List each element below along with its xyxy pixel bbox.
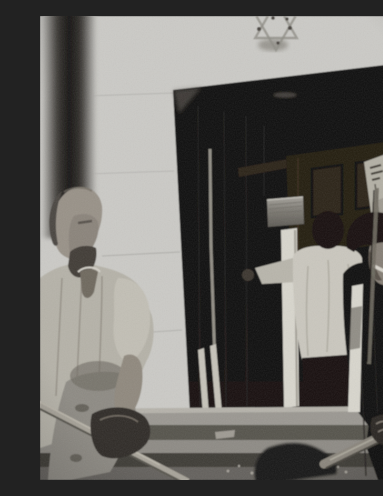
vignette-overlay: [40, 16, 383, 480]
photograph: [40, 16, 383, 480]
